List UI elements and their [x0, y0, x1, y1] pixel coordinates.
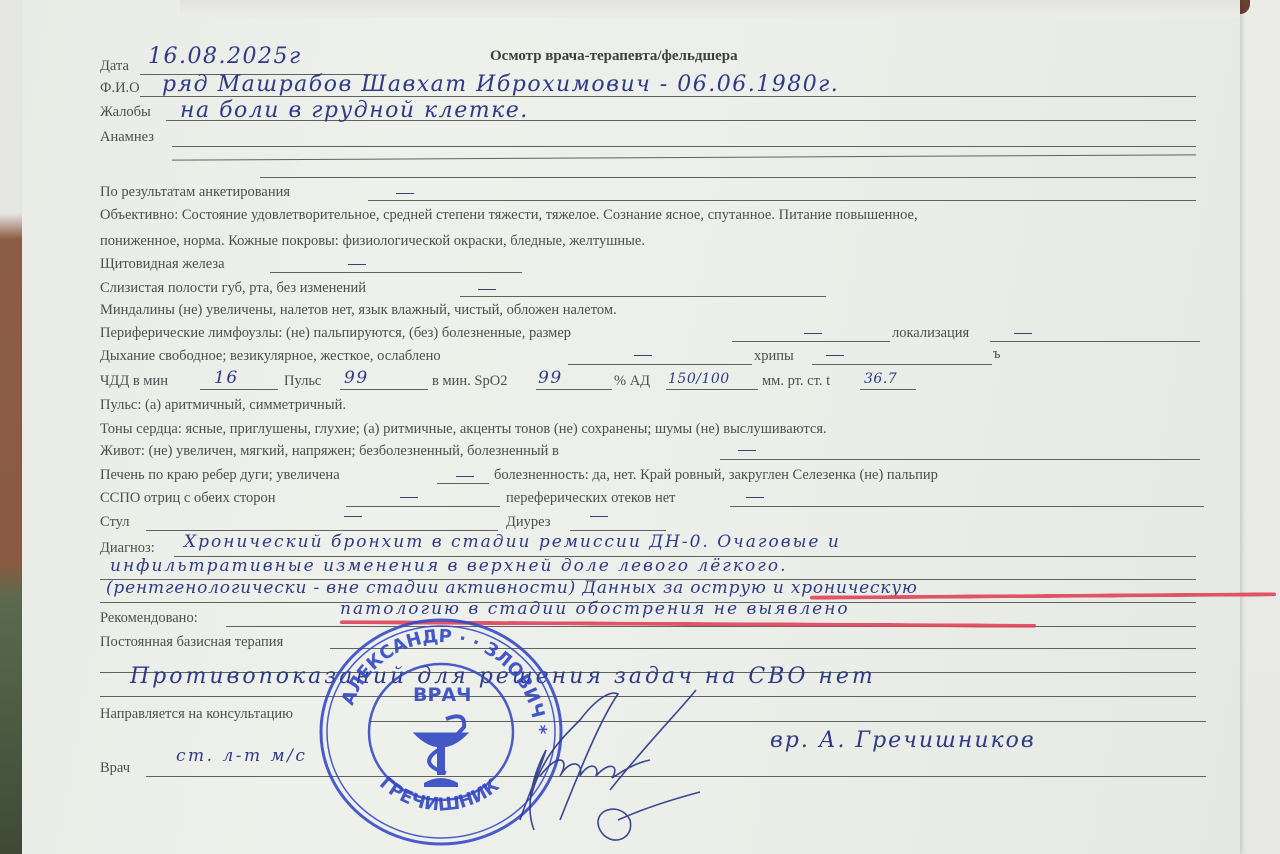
stamp-center-title: ВРАЧ [413, 684, 471, 706]
stool-line [146, 530, 498, 531]
label-liver: Печень по краю ребер дуги; увеличена [100, 467, 340, 483]
mucosa-value[interactable] [478, 289, 496, 290]
doctor-name[interactable]: вр. А. Гречишников [770, 728, 1036, 753]
label-complaints: Жалобы [100, 104, 151, 120]
label-diagnosis: Диагноз: [100, 540, 155, 556]
spo2-value[interactable]: 99 [538, 368, 563, 388]
breathing-line [568, 364, 752, 365]
label-referral: Направляется на консультацию [100, 706, 293, 722]
rales-line [812, 364, 992, 365]
temp-line [860, 389, 916, 390]
localization-value[interactable] [1014, 333, 1032, 334]
abdomen-line [720, 459, 1200, 460]
label-fio: Ф.И.О [100, 80, 140, 96]
label-sspo: ССПО отриц с обеих сторон [100, 490, 276, 506]
anamnesis-line-3 [260, 177, 1196, 178]
label-liver-2: болезненность: да, нет. Край ровный, зак… [494, 467, 938, 483]
edema-line [730, 506, 1204, 507]
label-spo2: в мин. SpO2 [432, 373, 507, 389]
pulse-line [340, 389, 428, 390]
stool-value[interactable] [344, 516, 362, 517]
thyroid-line [270, 272, 522, 273]
temp-value[interactable]: 36.7 [864, 371, 897, 387]
label-survey: По результатам анкетирования [100, 184, 290, 200]
bowl-of-hygieia-icon [414, 716, 468, 787]
paper-fold-shadow [180, 0, 1240, 18]
date-value[interactable]: 16.08.2025г [148, 44, 302, 69]
edema-value[interactable] [746, 497, 764, 498]
label-doctor: Врач [100, 760, 130, 776]
bp-line [666, 389, 758, 390]
spo2-line [536, 389, 612, 390]
label-bp: % АД [614, 373, 650, 389]
pulse-value[interactable]: 99 [344, 368, 369, 388]
label-lymph: Периферические лимфоузлы: (не) пальпирую… [100, 325, 571, 341]
fio-value[interactable]: ряд Машрабов Шавхат Иброхимович - 06.06.… [162, 72, 839, 97]
liver-value[interactable] [456, 476, 474, 477]
label-date: Дата [100, 58, 129, 74]
lymph-size-value[interactable] [804, 333, 822, 334]
thyroid-value[interactable] [348, 264, 366, 265]
bp-value[interactable]: 150/100 [668, 371, 730, 387]
label-abdomen: Живот: (не) увеличен, мягкий, напряжен; … [100, 443, 559, 459]
abdomen-value[interactable] [738, 450, 756, 451]
form-title: Осмотр врача-терапевта/фельдшера [490, 48, 738, 65]
diagnosis-text-3[interactable]: (рентгенологически - вне стадии активнос… [106, 578, 918, 598]
background-left [0, 0, 22, 854]
label-rr: ЧДД в мин [100, 373, 168, 389]
label-localization: локализация [892, 325, 969, 341]
label-objective-1: Объективно: Состояние удовлетворительное… [100, 207, 918, 223]
label-anamnesis: Анамнез [100, 129, 154, 145]
anamnesis-line-1 [172, 146, 1196, 147]
label-stool: Стул [100, 514, 129, 530]
label-diuresis: Диурез [506, 514, 551, 530]
label-objective-2: пониженное, норма. Кожные покровы: физио… [100, 233, 645, 249]
label-therapy: Постоянная базисная терапия [100, 634, 283, 650]
label-heart: Тоны сердца: ясные, приглушены, глухие; … [100, 421, 827, 437]
label-rales-suffix: ъ [993, 346, 1001, 362]
sspo-value[interactable] [400, 497, 418, 498]
label-tonsils: Миндалины (не) увеличены, налетов нет, я… [100, 302, 617, 318]
diuresis-value[interactable] [590, 516, 608, 517]
label-pulse-desc: Пульс: (а) аритмичный, симметричный. [100, 397, 346, 413]
breathing-value[interactable] [634, 355, 652, 356]
localization-line [990, 341, 1200, 342]
lymph-size-line [732, 341, 890, 342]
label-edema: переферических отеков нет [506, 490, 676, 506]
rr-value[interactable]: 16 [214, 368, 239, 388]
label-pulse: Пульс [284, 373, 321, 389]
label-thyroid: Щитовидная железа [100, 256, 225, 272]
diagnosis-text-1[interactable]: Хронический бронхит в стадии ремиссии ДН… [184, 532, 841, 552]
survey-value[interactable] [396, 193, 414, 194]
label-breathing: Дыхание свободное; везикулярное, жесткое… [100, 348, 441, 364]
doctor-signature [500, 680, 720, 850]
mucosa-line [460, 296, 826, 297]
diuresis-line [570, 530, 666, 531]
survey-line [368, 200, 1196, 201]
doctor-rank[interactable]: ст. л-т м/с [176, 746, 307, 766]
label-mucosa: Слизистая полости губ, рта, без изменени… [100, 280, 366, 296]
label-recommended: Рекомендовано: [100, 610, 198, 626]
rr-line [200, 389, 278, 390]
complaints-value[interactable]: на боли в грудной клетке. [180, 98, 529, 123]
diagnosis-text-2[interactable]: инфильтративные изменения в верхней доле… [110, 556, 788, 576]
label-rales: хрипы [754, 348, 794, 364]
sspo-line [346, 506, 500, 507]
label-mmhg-t: мм. рт. ст. t [762, 373, 830, 389]
rales-value[interactable] [826, 355, 844, 356]
liver-line [437, 483, 489, 484]
